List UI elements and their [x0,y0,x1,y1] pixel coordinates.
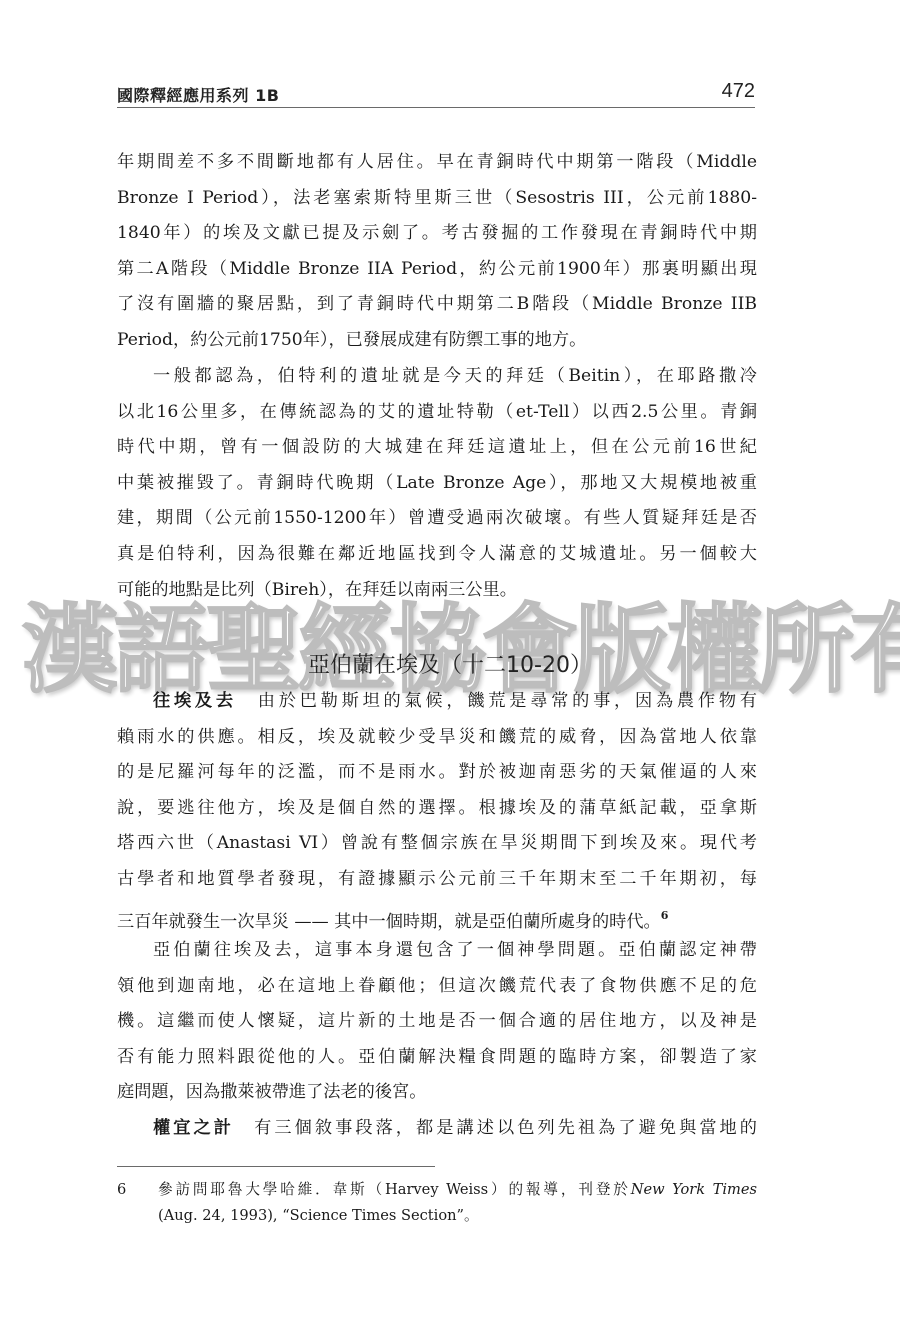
paragraph-2: 一般都認為，伯特利的遺址就是今天的拜廷（Beitin），在耶路撒冷 以北16公里… [117,359,757,608]
text-line: 亞伯蘭往埃及去，這事本身還包含了一個神學問題。亞伯蘭認定神帶 [117,933,757,969]
text-line: 的是尼羅河每年的泛濫，而不是雨水。對於被迦南惡劣的天氣催逼的人來 [117,755,757,791]
text-line: 第二A階段（Middle Bronze IIA Period，約公元前1900年… [117,252,757,288]
paragraph-4: 亞伯蘭往埃及去，這事本身還包含了一個神學問題。亞伯蘭認定神帶 領他到迦南地，必在… [117,933,757,1111]
text-line: 1840年）的埃及文獻已提及示劍了。考古發掘的工作發現在青銅時代中期 [117,216,757,252]
text-line: 真是伯特利，因為很難在鄰近地區找到令人滿意的艾城遺址。另一個較大 [117,537,757,573]
text-line: 庭問題，因為撒萊被帶進了法老的後宮。 [117,1075,757,1111]
text-line: Period，約公元前1750年），已發展成建有防禦工事的地方。 [117,323,757,359]
text-run: 三百年就發生一次旱災 —— 其中一個時期，就是亞伯蘭所處身的時代。 [117,912,661,932]
section-heading: 亞伯蘭在埃及（十二10-20） [0,648,900,679]
text-line: 賴雨水的供應。相反，埃及就較少受旱災和饑荒的威脅，因為當地人依靠 [117,720,757,756]
text-line: 一般都認為，伯特利的遺址就是今天的拜廷（Beitin），在耶路撒冷 [117,359,757,395]
text-line: 權宜之計 有三個敘事段落，都是講述以色列先祖為了避免與當地的 [117,1111,757,1147]
footnote-line: 參訪問耶魯大學哈維．韋斯（Harvey Weiss）的報導，刊登於New Yor… [158,1177,757,1203]
text-line: 塔西六世（Anastasi VI）曾說有整個宗族在旱災期間下到埃及來。現代考 [117,826,757,862]
text-line: 了沒有圍牆的聚居點，到了青銅時代中期第二B階段（Middle Bronze II… [117,287,757,323]
text-run: 由於巴勒斯坦的氣候，饑荒是尋常的事，因為農作物有 [237,691,757,711]
text-line: 三百年就發生一次旱災 —— 其中一個時期，就是亞伯蘭所處身的時代。6 [117,898,757,934]
text-line: 往埃及去 由於巴勒斯坦的氣候，饑荒是尋常的事，因為農作物有 [117,684,757,720]
footnote-reference[interactable]: 6 [661,909,669,922]
run-in-heading: 權宜之計 [153,1118,234,1138]
paragraph-3: 往埃及去 由於巴勒斯坦的氣候，饑荒是尋常的事，因為農作物有 賴雨水的供應。相反，… [117,684,757,933]
footnote: 6 參訪問耶魯大學哈維．韋斯（Harvey Weiss）的報導，刊登於New Y… [117,1177,757,1229]
text-line: 以北16公里多，在傳統認為的艾的遺址特勒（et-Tell）以西2.5公里。青銅 [117,395,757,431]
paragraph-5: 權宜之計 有三個敘事段落，都是講述以色列先祖為了避免與當地的 [117,1111,757,1147]
paragraph-1: 年期間差不多不間斷地都有人居住。早在青銅時代中期第一階段（Middle Bron… [117,145,757,359]
footnote-divider [117,1166,435,1167]
page-number: 472 [722,80,755,103]
header-divider [117,107,755,108]
text-line: 古學者和地質學者發現，有證據顯示公元前三千年期末至二千年期初，每 [117,862,757,898]
text-line: 機。這繼而使人懷疑，這片新的土地是否一個合適的居住地方，以及神是 [117,1004,757,1040]
text-line: 年期間差不多不間斷地都有人居住。早在青銅時代中期第一階段（Middle [117,145,757,181]
text-line: Bronze I Period），法老塞索斯特里斯三世（Sesostris II… [117,181,757,217]
text-line: 時代中期，曾有一個設防的大城建在拜廷這遺址上，但在公元前16世紀 [117,430,757,466]
series-title: 國際釋經應用系列 1B [117,83,279,106]
running-header: 國際釋經應用系列 1B 472 [117,80,755,106]
text-line: 建，期間（公元前1550-1200年）曾遭受過兩次破壞。有些人質疑拜廷是否 [117,501,757,537]
footnote-number: 6 [117,1177,126,1203]
text-line: 中葉被摧毀了。青銅時代晚期（Late Bronze Age），那地又大規模地被重 [117,466,757,502]
publication-title: New York Times [631,1181,757,1198]
footnote-text: 參訪問耶魯大學哈維．韋斯（Harvey Weiss）的報導，刊登於New Yor… [158,1177,757,1229]
text-line: 否有能力照料跟從他的人。亞伯蘭解決糧食問題的臨時方案，卻製造了家 [117,1040,757,1076]
text-line: 說，要逃往他方，埃及是個自然的選擇。根據埃及的蒲草紙記載，亞拿斯 [117,791,757,827]
run-in-heading: 往埃及去 [153,691,237,711]
text-line: 領他到迦南地，必在這地上眷顧他；但這次饑荒代表了食物供應不足的危 [117,969,757,1005]
footnote-line: (Aug. 24, 1993), “Science Times Section”… [158,1203,757,1229]
text-run: 有三個敘事段落，都是講述以色列先祖為了避免與當地的 [234,1118,757,1138]
text-run: 參訪問耶魯大學哈維．韋斯（Harvey Weiss）的報導，刊登於 [158,1181,631,1198]
